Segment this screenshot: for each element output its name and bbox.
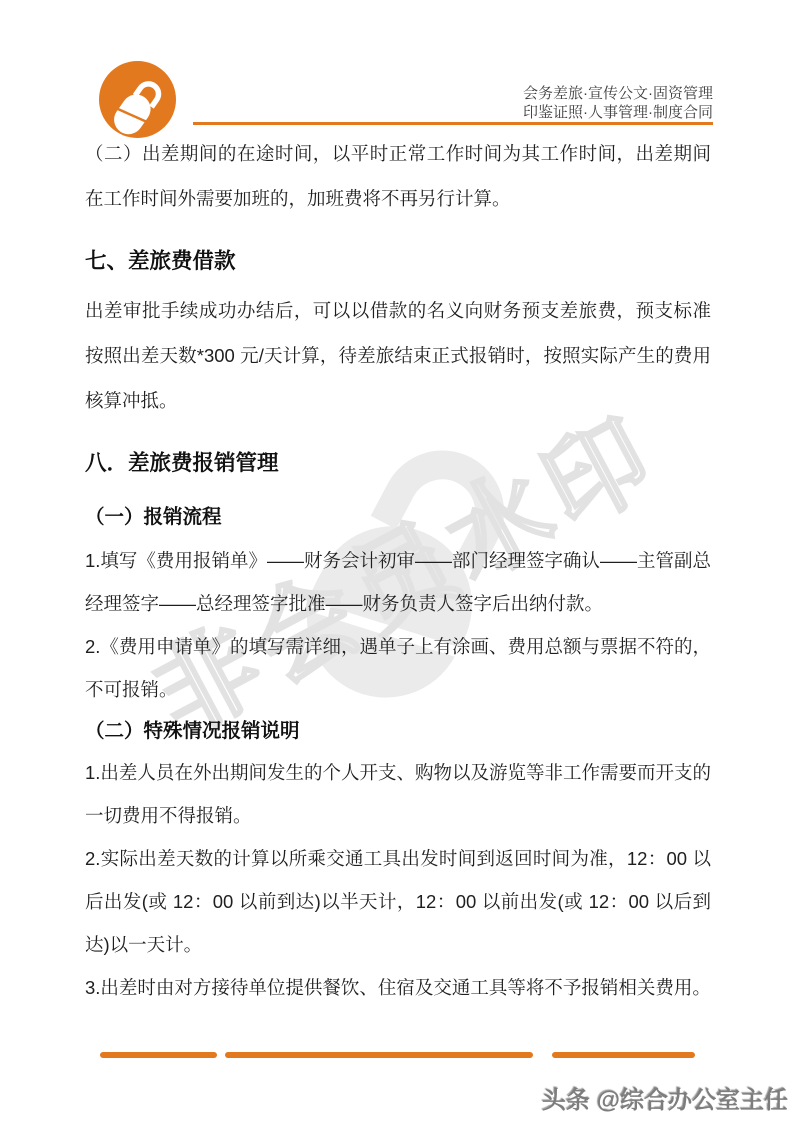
footer-divider-1	[100, 1052, 217, 1058]
header-divider	[193, 122, 713, 125]
footer-divider-3	[552, 1052, 695, 1058]
document-page: 非会员水印 会务差旅·宣传公文·固资管理 印鉴证照·人事管理·制度合同 （二）出…	[0, 0, 793, 1122]
header-service-line1: 会务差旅·宣传公文·固资管理	[523, 84, 713, 103]
section7-body: 出差审批手续成功办结后，可以以借款的名义向财务预支差旅费，预支标准按照出差天数*…	[85, 288, 711, 423]
brand-logo-padlock-pill-icon	[99, 61, 176, 138]
special-case-item-2: 2.实际出差天数的计算以所乘交通工具出发时间到返回时间为准，12：00 以后出发…	[85, 837, 711, 966]
footer-credit: 头条 @综合办公室主任	[542, 1080, 788, 1115]
section8-sub1-heading: （一）报销流程	[85, 503, 711, 531]
header-service-tags: 会务差旅·宣传公文·固资管理 印鉴证照·人事管理·制度合同	[523, 84, 713, 122]
special-case-item-3: 3.出差时由对方接待单位提供餐饮、住宿及交通工具等将不予报销相关费用。	[85, 966, 711, 1009]
section7-heading: 七、差旅费借款	[85, 246, 711, 276]
section8-sub2-heading: （二）特殊情况报销说明	[85, 717, 711, 745]
header-service-line2: 印鉴证照·人事管理·制度合同	[523, 103, 713, 122]
intro-paragraph: （二）出差期间的在途时间，以平时正常工作时间为其工作时间，出差期间在工作时间外需…	[85, 131, 711, 221]
section8-heading: 八．差旅费报销管理	[85, 448, 711, 478]
reimburse-flow-item-1: 1.填写《费用报销单》——财务会计初审——部门经理签字确认——主管副总经理签字—…	[85, 539, 711, 625]
document-content: （二）出差期间的在途时间，以平时正常工作时间为其工作时间，出差期间在工作时间外需…	[85, 131, 711, 1009]
reimburse-flow-item-2: 2.《费用申请单》的填写需详细，遇单子上有涂画、费用总额与票据不符的，不可报销。	[85, 625, 711, 711]
footer-divider-2	[225, 1052, 533, 1058]
special-case-item-1: 1.出差人员在外出期间发生的个人开支、购物以及游览等非工作需要而开支的一切费用不…	[85, 751, 711, 837]
